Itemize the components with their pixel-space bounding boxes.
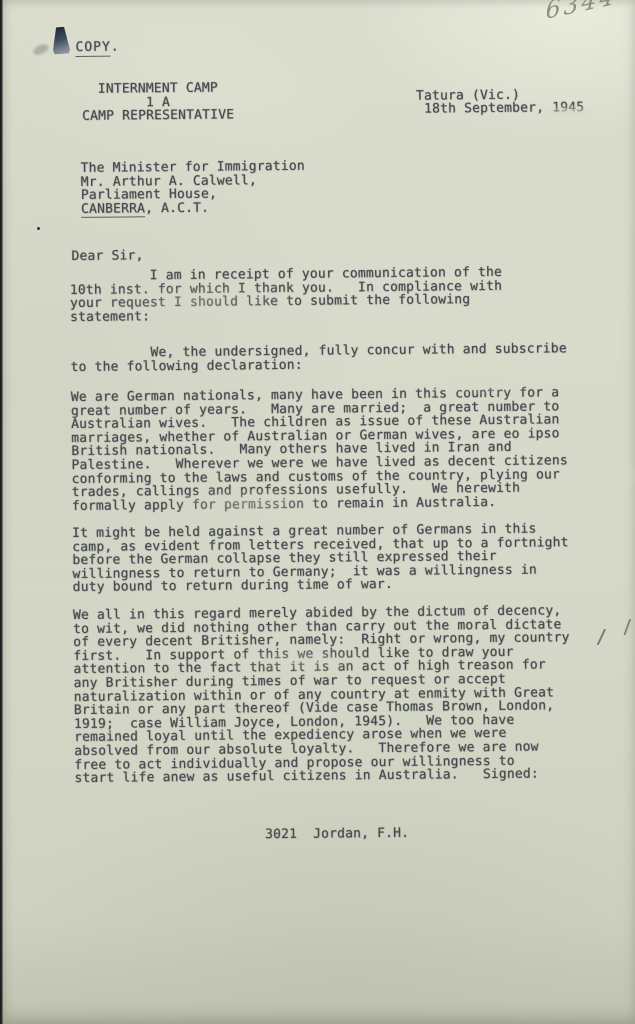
paragraph-line: duty bound to return during time of war. bbox=[73, 577, 570, 595]
dateline-date: 18th September, 1945 bbox=[424, 101, 584, 116]
recipient-address: The Minister for Immigration Mr. Arthur … bbox=[81, 160, 306, 217]
margin-tick-mark bbox=[596, 629, 606, 645]
paragraph: We are German nationals, many have been … bbox=[71, 386, 569, 513]
signature-line: 3021 Jordan, F.H. bbox=[265, 827, 409, 842]
body-paragraphs: I am in receipt of your communication of… bbox=[0, 0, 630, 1]
typewritten-content: COPY. INTERNMENT CAMP 1 A CAMP REPRESENT… bbox=[0, 0, 635, 1024]
paragraph: I am in receipt of your communication of… bbox=[70, 266, 503, 325]
letterhead-line-representative: CAMP REPRESENTATIVE bbox=[72, 109, 244, 124]
paragraph-line: statement: bbox=[70, 307, 502, 325]
margin-tick-mark bbox=[622, 619, 632, 635]
salutation: Dear Sir, bbox=[71, 249, 143, 263]
ink-dot bbox=[37, 227, 40, 230]
paragraph: It might be held against a great number … bbox=[72, 522, 569, 595]
paragraph-line: formally apply for permission to remain … bbox=[72, 495, 569, 513]
paragraph-line: start life anew as useful citizens in Au… bbox=[74, 767, 571, 785]
copy-label: COPY. bbox=[75, 41, 119, 55]
scanned-letter-page: 6344 COPY. INTERNMENT CAMP 1 A CAMP REPR… bbox=[0, 0, 635, 1024]
letterhead: INTERNMENT CAMP 1 A CAMP REPRESENTATIVE bbox=[72, 81, 244, 123]
recipient-city-line: CANBERRA, A.C.T. bbox=[81, 201, 305, 217]
copy-label-text: COPY bbox=[75, 40, 110, 57]
recipient-city-suffix: , A.C.T. bbox=[145, 200, 209, 216]
recipient-city: CANBERRA bbox=[81, 201, 145, 218]
paragraph: We all in this regard merely abided by t… bbox=[73, 604, 571, 785]
paragraph: We, the undersigned, fully concur with a… bbox=[70, 342, 567, 374]
copy-label-period: . bbox=[111, 40, 120, 55]
